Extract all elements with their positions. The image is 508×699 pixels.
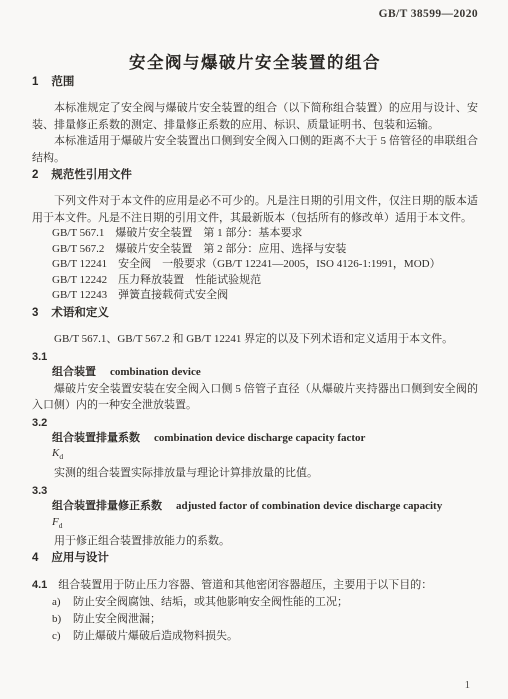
symbol-subscript: d (59, 521, 63, 530)
reference-item: GB/T 567.2 爆破片安全装置 第 2 部分：应用、选择与安装 (52, 242, 478, 258)
reference-item: GB/T 12243 弹簧直接载荷式安全阀 (52, 288, 478, 304)
term-name-zh: 组合装置 (52, 366, 96, 378)
list-item-a: a)防止安全阀腐蚀、结垢，或其他影响安全阀性能的工况； (52, 594, 478, 611)
list-item-b: b)防止安全阀泄漏； (52, 611, 478, 628)
list-item-label: c) (52, 628, 73, 645)
reference-item: GB/T 12242 压力释放装置 性能试验规范 (52, 273, 478, 289)
section-2-title: 规范性引用文件 (51, 169, 132, 181)
standard-document-page: GB/T 38599—2020 安全阀与爆破片安全装置的组合 1范围 本标准规定… (0, 0, 508, 699)
term-definition: 实测的组合装置实际排放量与理论计算排放量的比值。 (32, 465, 478, 481)
section-3-title: 术语和定义 (51, 307, 109, 319)
term-number: 3.2 (32, 416, 478, 431)
section-1-number: 1 (32, 76, 38, 88)
section-3-number: 3 (32, 307, 38, 319)
term-name-en: combination device discharge capacity fa… (154, 432, 365, 444)
section-4-number: 4 (32, 552, 38, 564)
scope-paragraph-1: 本标准规定了安全阀与爆破片安全装置的组合（以下简称组合装置）的应用与设计、安装、… (32, 100, 478, 133)
scope-paragraph-2: 本标准适用于爆破片安全装置出口侧到安全阀入口侧的距离不大于 5 倍管径的串联组合… (32, 133, 478, 166)
list-item-text: 防止爆破片爆破后造成物料损失。 (73, 630, 238, 642)
symbol-base: F (52, 516, 59, 528)
page-number: 1 (465, 680, 470, 691)
term-symbol: Kd (52, 446, 478, 465)
term-name-zh: 组合装置排量修正系数 (52, 500, 162, 512)
list-item-label: b) (52, 611, 73, 628)
doc-number: GB/T 38599—2020 (32, 8, 478, 20)
term-symbol: Fd (52, 515, 478, 534)
section-2-number: 2 (32, 169, 38, 181)
term-number: 3.3 (32, 484, 478, 499)
references-list: GB/T 567.1 爆破片安全装置 第 1 部分：基本要求 GB/T 567.… (32, 226, 478, 304)
clause-text: 组合装置用于防止压力容器、管道和其他密闭容器超压，主要用于以下目的： (58, 579, 432, 591)
term-number: 3.1 (32, 350, 478, 365)
section-4-heading: 4应用与设计 (32, 549, 478, 565)
term-name-zh: 组合装置排量系数 (52, 432, 140, 444)
clause-number: 4.1 (32, 579, 47, 591)
term-name-en: combination device (110, 366, 201, 378)
term-heading: 组合装置排量系数combination device discharge cap… (52, 431, 478, 447)
references-intro: 下列文件对于本文件的应用是必不可少的。凡是注日期的引用文件，仅注日期的版本适用于… (32, 193, 478, 226)
term-definition: 用于修正组合装置排放能力的系数。 (32, 533, 478, 549)
section-3-heading: 3术语和定义 (32, 304, 478, 320)
section-2-heading: 2规范性引用文件 (32, 166, 478, 182)
doc-title: 安全阀与爆破片安全装置的组合 (32, 49, 478, 73)
reference-item: GB/T 12241 安全阀 一般要求（GB/T 12241—2005，ISO … (52, 257, 478, 273)
section-1-title: 范围 (51, 76, 74, 88)
terms-intro: GB/T 567.1、GB/T 567.2 和 GB/T 12241 界定的以及… (32, 331, 478, 348)
clause-4-1: 4.1组合装置用于防止压力容器、管道和其他密闭容器超压，主要用于以下目的： (32, 577, 478, 594)
list-item-c: c)防止爆破片爆破后造成物料损失。 (52, 628, 478, 645)
term-definition: 爆破片安全装置安装在安全阀入口侧 5 倍管子直径（从爆破片夹持器出口侧到安全阀的… (32, 381, 478, 413)
list-item-text: 防止安全阀泄漏； (73, 613, 161, 625)
term-name-en: adjusted factor of combination device di… (176, 500, 442, 512)
reference-item: GB/T 567.1 爆破片安全装置 第 1 部分：基本要求 (52, 226, 478, 242)
term-heading: 组合装置combination device (52, 365, 478, 381)
list-item-text: 防止安全阀腐蚀、结垢，或其他影响安全阀性能的工况； (73, 596, 348, 608)
section-1-heading: 1范围 (32, 73, 478, 89)
list-item-label: a) (52, 594, 73, 611)
section-4-title: 应用与设计 (51, 552, 109, 564)
symbol-subscript: d (59, 453, 63, 462)
term-heading: 组合装置排量修正系数adjusted factor of combination… (52, 499, 478, 515)
